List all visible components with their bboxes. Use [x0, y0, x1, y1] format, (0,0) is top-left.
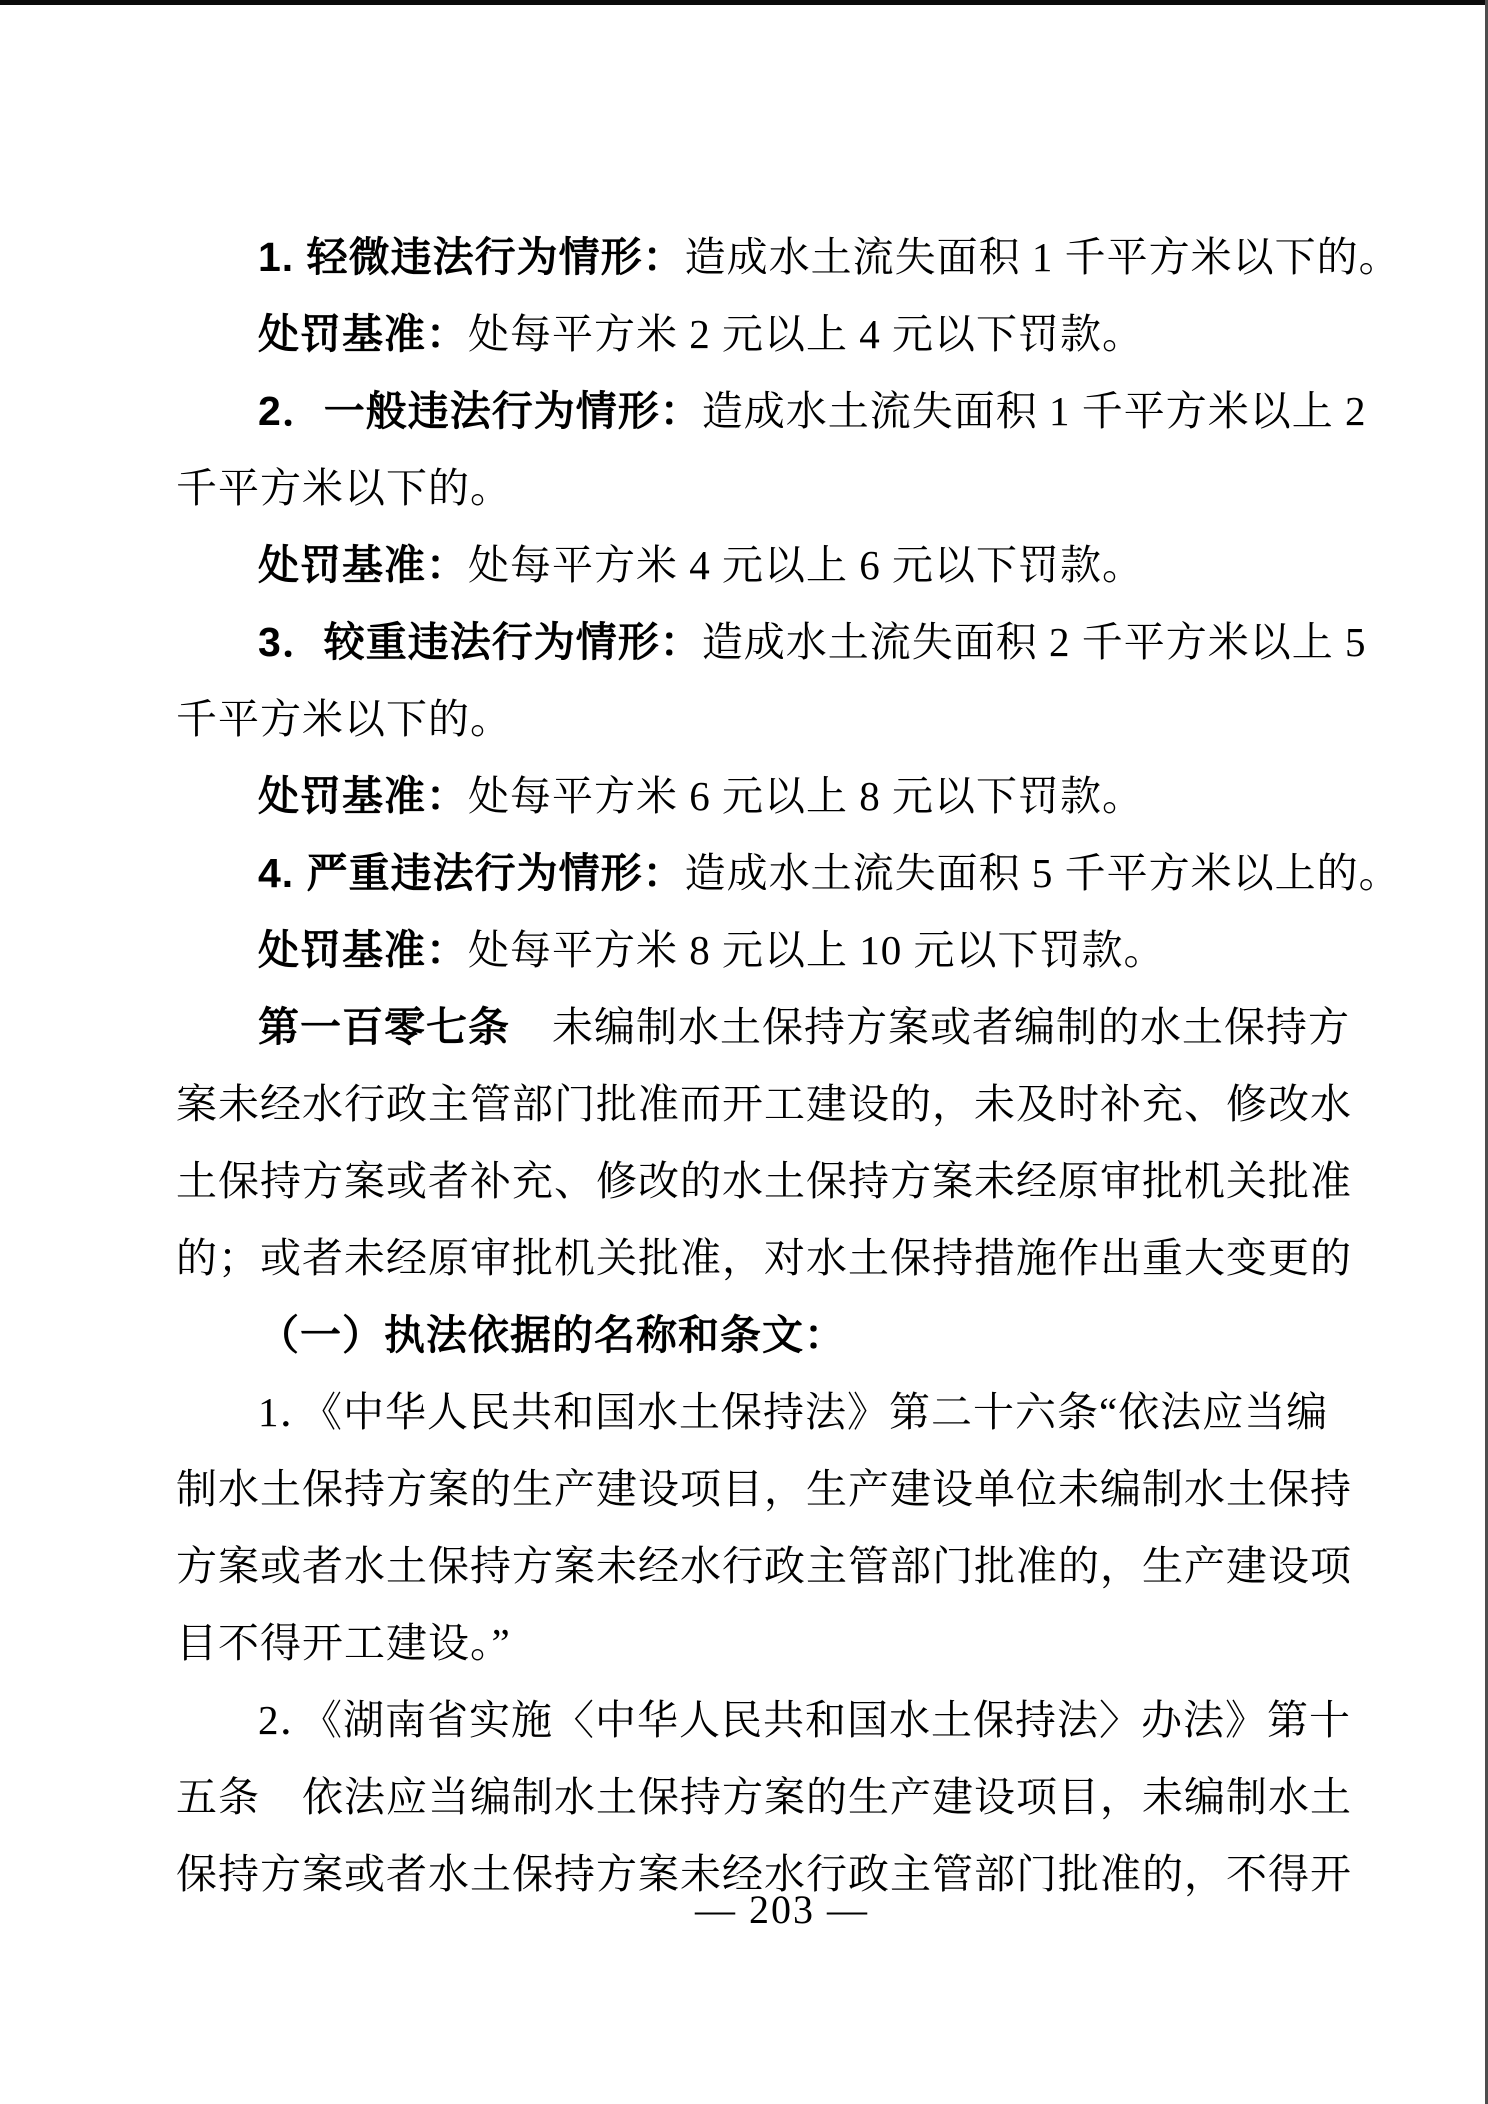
text-run: 2．《湖南省实施〈中华人民共和国水土保持法〉办法》第十	[258, 1697, 1351, 1743]
text-line: 千平方米以下的。	[176, 450, 1346, 527]
text-line: 处罚基准：处每平方米 6 元以上 8 元以下罚款。	[176, 758, 1346, 835]
text-run: 千平方米以下的。	[176, 696, 512, 742]
bold-label: 处罚基准：	[258, 927, 468, 973]
text-run: 土保持方案或者补充、修改的水土保持方案未经原审批机关批准	[176, 1158, 1352, 1204]
text-run: 处每平方米 6 元以上 8 元以下罚款。	[468, 773, 1144, 819]
text-line: 制水土保持方案的生产建设项目，生产建设单位未编制水土保持	[176, 1451, 1346, 1528]
text-line: 五条 依法应当编制水土保持方案的生产建设项目，未编制水土	[176, 1759, 1346, 1836]
text-line: 2．《湖南省实施〈中华人民共和国水土保持法〉办法》第十	[176, 1682, 1346, 1759]
text-run: 方案或者水土保持方案未经水行政主管部门批准的，生产建设项	[176, 1543, 1352, 1589]
text-line: 处罚基准：处每平方米 8 元以上 10 元以下罚款。	[176, 912, 1346, 989]
text-line: 1. 轻微违法行为情形：造成水土流失面积 1 千平方米以下的。	[176, 219, 1346, 296]
text-run: 1．《中华人民共和国水土保持法》第二十六条“依法应当编	[258, 1389, 1328, 1435]
document-page: 1. 轻微违法行为情形：造成水土流失面积 1 千平方米以下的。处罚基准：处每平方…	[0, 0, 1488, 2104]
text-run: 制水土保持方案的生产建设项目，生产建设单位未编制水土保持	[176, 1466, 1352, 1512]
text-run: 造成水土流失面积 1 千平方米以下的。	[685, 234, 1401, 280]
scan-artifact-top-bar	[0, 0, 1488, 5]
text-line: 1．《中华人民共和国水土保持法》第二十六条“依法应当编	[176, 1374, 1346, 1451]
page-number: — 203 —	[0, 1886, 1488, 1934]
text-run: 的；或者未经原审批机关批准，对水土保持措施作出重大变更的	[176, 1235, 1352, 1281]
bold-label: （一）执法依据的名称和条文：	[258, 1312, 846, 1358]
text-line: 千平方米以下的。	[176, 681, 1346, 758]
text-line: 方案或者水土保持方案未经水行政主管部门批准的，生产建设项	[176, 1528, 1346, 1605]
text-run: 目不得开工建设。”	[176, 1620, 511, 1666]
text-line: 4. 严重违法行为情形：造成水土流失面积 5 千平方米以上的。	[176, 835, 1346, 912]
text-line: 处罚基准：处每平方米 4 元以上 6 元以下罚款。	[176, 527, 1346, 604]
bold-label: 2．一般违法行为情形：	[258, 388, 702, 434]
bold-label: 第一百零七条	[258, 1004, 510, 1050]
bold-label: 4. 严重违法行为情形：	[258, 850, 685, 896]
text-line: 3．较重违法行为情形：造成水土流失面积 2 千平方米以上 5	[176, 604, 1346, 681]
bold-label: 3．较重违法行为情形：	[258, 619, 702, 665]
text-run: 案未经水行政主管部门批准而开工建设的，未及时补充、修改水	[176, 1081, 1352, 1127]
text-run: 造成水土流失面积 2 千平方米以上 5	[702, 619, 1367, 665]
text-line: 处罚基准：处每平方米 2 元以上 4 元以下罚款。	[176, 296, 1346, 373]
bold-label: 处罚基准：	[258, 311, 468, 357]
text-run: 处每平方米 4 元以上 6 元以下罚款。	[468, 542, 1144, 588]
text-line: 土保持方案或者补充、修改的水土保持方案未经原审批机关批准	[176, 1143, 1346, 1220]
document-body: 1. 轻微违法行为情形：造成水土流失面积 1 千平方米以下的。处罚基准：处每平方…	[176, 219, 1346, 1913]
text-line: 案未经水行政主管部门批准而开工建设的，未及时补充、修改水	[176, 1066, 1346, 1143]
text-run: 处每平方米 8 元以上 10 元以下罚款。	[468, 927, 1166, 973]
text-run: 造成水土流失面积 5 千平方米以上的。	[685, 850, 1401, 896]
text-line: 2．一般违法行为情形：造成水土流失面积 1 千平方米以上 2	[176, 373, 1346, 450]
bold-label: 处罚基准：	[258, 542, 468, 588]
text-line: 目不得开工建设。”	[176, 1605, 1346, 1682]
text-run: 未编制水土保持方案或者编制的水土保持方	[510, 1004, 1350, 1050]
text-run: 造成水土流失面积 1 千平方米以上 2	[702, 388, 1367, 434]
bold-label: 1. 轻微违法行为情形：	[258, 234, 685, 280]
text-run: 处每平方米 2 元以上 4 元以下罚款。	[468, 311, 1144, 357]
text-line: 第一百零七条 未编制水土保持方案或者编制的水土保持方	[176, 989, 1346, 1066]
bold-label: 处罚基准：	[258, 773, 468, 819]
text-line: 的；或者未经原审批机关批准，对水土保持措施作出重大变更的	[176, 1220, 1346, 1297]
text-line: （一）执法依据的名称和条文：	[176, 1297, 1346, 1374]
text-run: 千平方米以下的。	[176, 465, 512, 511]
text-run: 五条 依法应当编制水土保持方案的生产建设项目，未编制水土	[176, 1774, 1352, 1820]
